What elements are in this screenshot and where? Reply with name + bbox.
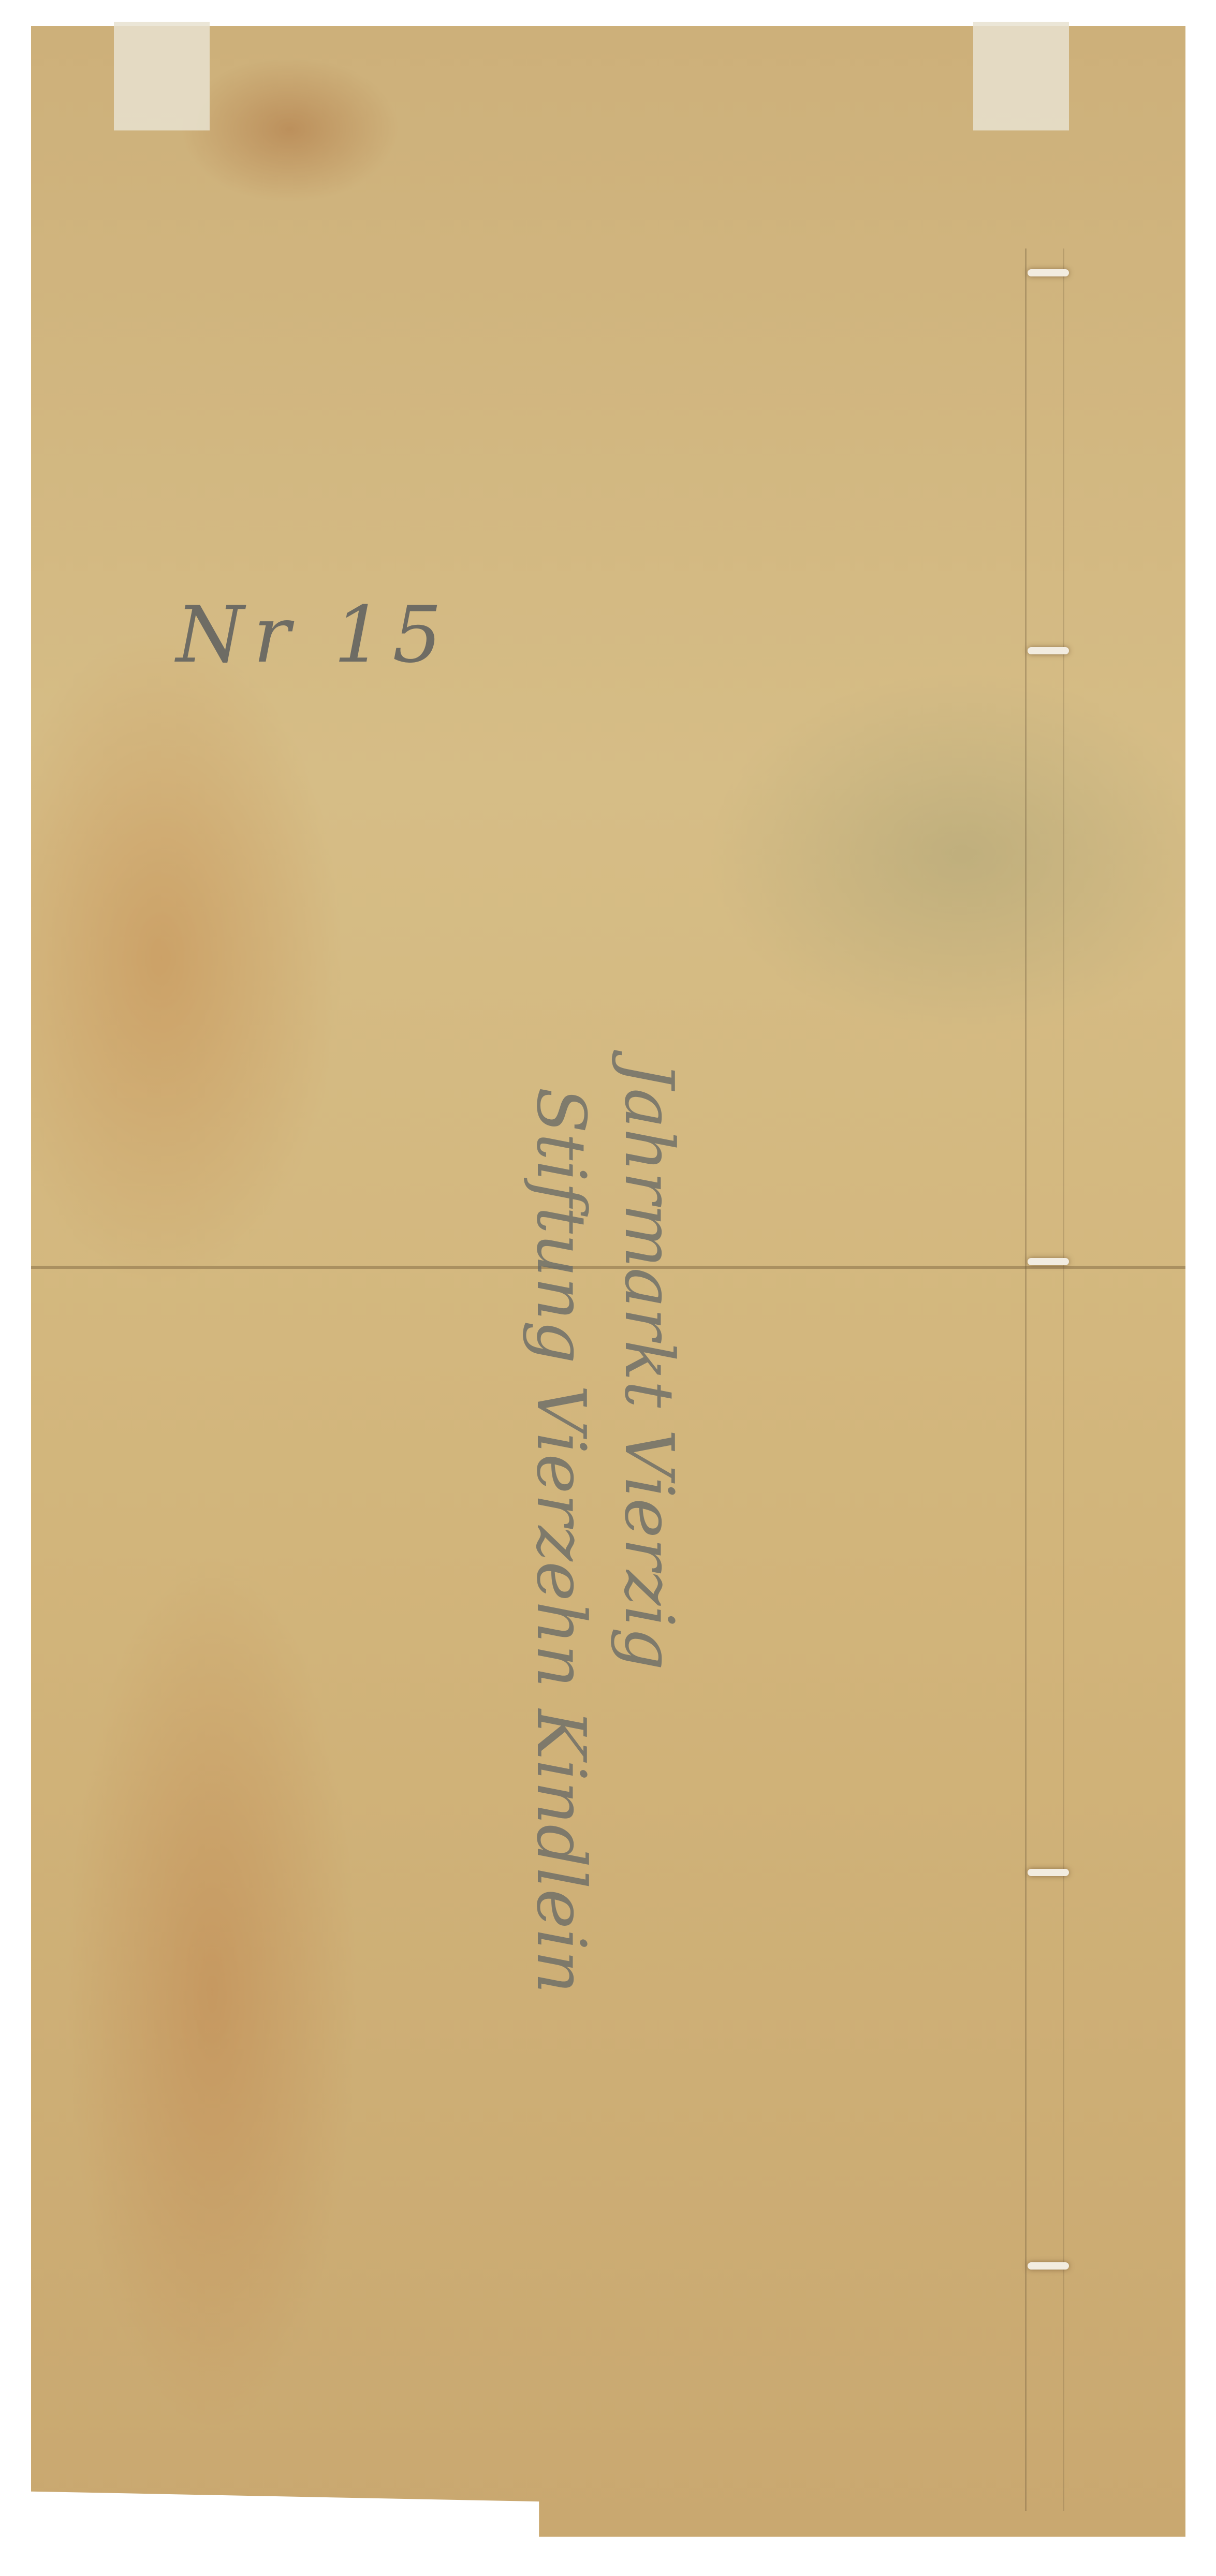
parchment-sheet	[31, 26, 1185, 2537]
horizontal-fold-line	[31, 1266, 1185, 1269]
archive-number-note: Nr 15	[176, 590, 451, 680]
seal-slit	[1028, 647, 1069, 654]
seal-slit	[1028, 1869, 1069, 1876]
seal-slit	[1028, 1258, 1069, 1265]
tape-right	[973, 22, 1069, 130]
dorsal-note-line1: Jahrmarkt Vierzig	[610, 1061, 688, 1670]
seal-slit	[1028, 2262, 1069, 2270]
seal-slit	[1028, 269, 1069, 276]
tape-left	[114, 22, 210, 130]
binding-strip	[1025, 248, 1064, 2511]
dorsal-note-line2: Stiftung Vierzehn Kindlein	[522, 1087, 600, 1994]
